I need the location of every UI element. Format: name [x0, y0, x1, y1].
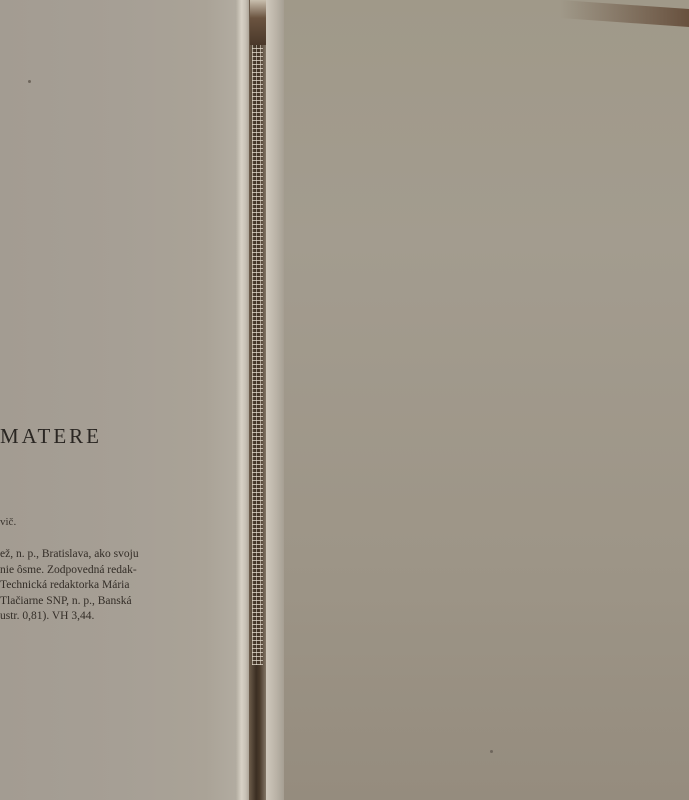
imprint-line: Technická redaktorka Mária	[0, 578, 240, 594]
paper-speck	[28, 80, 31, 83]
imprint-line: ustr. 0,81). VH 3,44.	[0, 609, 240, 625]
spine-headband	[250, 0, 266, 45]
imprint-line: ež, n. p., Bratislava, ako svoju	[0, 547, 240, 563]
left-page	[0, 0, 242, 800]
credit-fragment: vič.	[0, 516, 16, 528]
left-page-edge	[236, 0, 250, 800]
paper-speck	[490, 750, 493, 753]
spine-binding-mesh	[252, 45, 263, 665]
imprint-line: nie ôsme. Zodpovedná redak-	[0, 563, 240, 579]
imprint-block: ež, n. p., Bratislava, ako svoju nie ôsm…	[0, 547, 240, 625]
right-page	[284, 0, 689, 800]
imprint-line: Tlačiarne SNP, n. p., Banská	[0, 594, 240, 610]
right-page-edge	[266, 0, 284, 800]
book-title-fragment: MATERE	[0, 424, 102, 449]
